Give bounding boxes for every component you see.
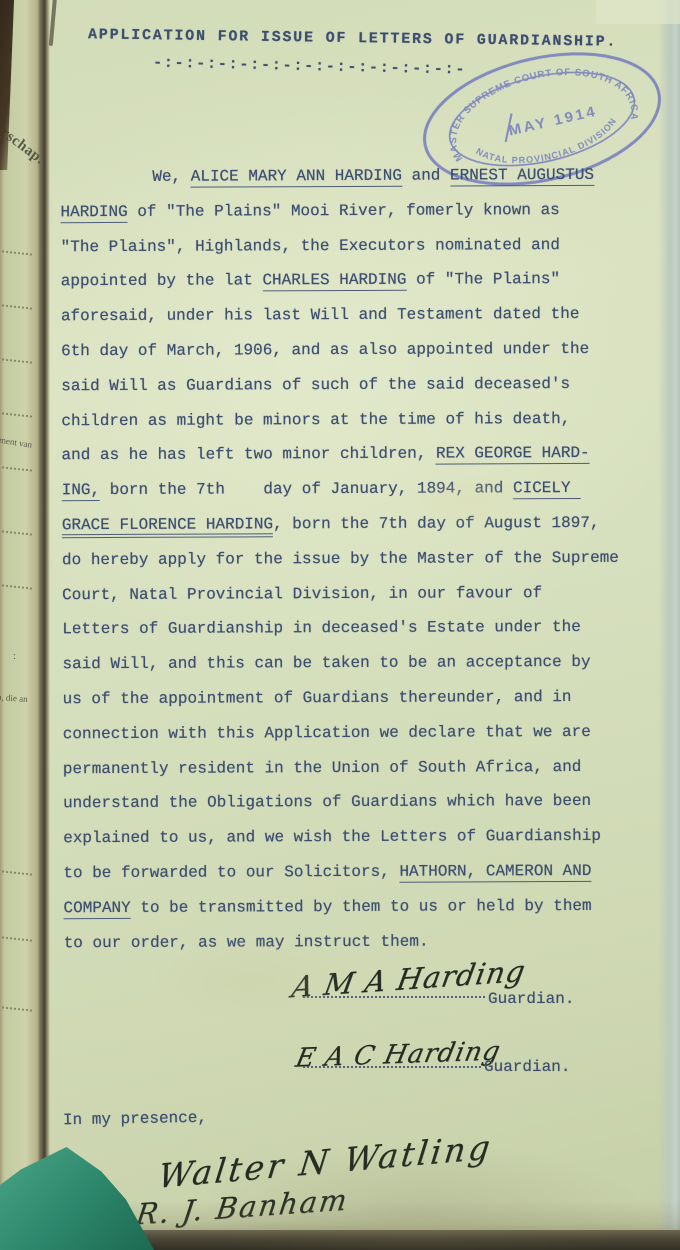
guardian1-label: Guardian. (488, 990, 574, 1008)
body-line: understand the Obligations of Guardians … (63, 784, 620, 821)
body-line: us of the appointment of Guardians there… (63, 680, 620, 717)
margin-dotted-line (2, 466, 32, 471)
margin-dotted-line (2, 250, 32, 255)
body-line: We, ALICE MARY ANN HARDING and ERNEST AU… (60, 158, 617, 195)
guardian2-label: Guardian. (484, 1058, 570, 1076)
margin-text-fragment: p, die an (0, 692, 28, 704)
body-line: connection with this Application we decl… (63, 715, 620, 752)
margin-text-fragment: : (13, 650, 16, 662)
body-line: Letters of Guardianship in deceased's Es… (62, 610, 619, 647)
body-line: and as he has left two minor children, R… (61, 436, 618, 473)
signature-dotted-line (303, 1066, 481, 1068)
body-line: GRACE FLORENCE HARDING, born the 7th day… (62, 506, 619, 543)
body-line: permanently resident in the Union of Sou… (63, 749, 620, 786)
body-line: said Will, and this can be taken to be a… (62, 645, 619, 682)
margin-dotted-line (2, 936, 32, 941)
stamp-ring-top-text: MASTER SUPREME COURT OF SOUTH AFRICA (436, 49, 642, 164)
body-line: appointed by the lat CHARLES HARDING of … (61, 262, 618, 299)
scanned-document-page: rschap. ament van : p, die an APPLICATIO… (0, 0, 680, 1250)
signature-dotted-line (303, 996, 485, 998)
right-page-edge (658, 0, 680, 1250)
body-text: We, ALICE MARY ANN HARDING and ERNEST AU… (60, 158, 620, 961)
body-line: aforesaid, under his last Will and Testa… (61, 297, 618, 334)
margin-dotted-line (2, 304, 32, 309)
margin-dotted-line (2, 358, 32, 363)
body-line: COMPANY to be transmitted by them to us … (63, 889, 620, 926)
margin-dotted-line (2, 584, 32, 589)
stamp-date: MAY 1914 (507, 103, 599, 140)
margin-text-fragment: ament van (0, 434, 33, 450)
margin-dotted-line (2, 412, 32, 417)
body-line: do hereby apply for the issue by the Mas… (62, 541, 619, 578)
page-fold-crease (38, 0, 50, 1250)
margin-dotted-line (2, 530, 32, 535)
body-line: to our order, as we may instruct them. (64, 923, 621, 960)
body-line: 6th day of March, 1906, and as also appo… (61, 332, 618, 369)
witness-heading: In my presence, (63, 1109, 207, 1130)
body-line: explained to us, and we wish the Letters… (63, 819, 620, 856)
top-right-page-corner (596, 0, 680, 24)
guardian2-signature: E A C Harding (293, 1036, 504, 1073)
body-line: to be forwarded to our Solicitors, HATHO… (63, 854, 620, 891)
body-line: said Will as Guardians of such of the sa… (61, 367, 618, 404)
body-line: "The Plains", Highlands, the Executors n… (61, 227, 618, 264)
body-line: ING, born the 7th day of January, 1894, … (62, 471, 619, 508)
body-line: children as might be minors at the time … (61, 401, 618, 438)
body-line: Court, Natal Provincial Division, in our… (62, 575, 619, 612)
margin-dotted-line (2, 1006, 32, 1011)
margin-dotted-line (2, 870, 32, 875)
page-edge-mark (49, 0, 58, 46)
body-line: HARDING of "The Plains" Mooi River, fome… (60, 193, 617, 230)
